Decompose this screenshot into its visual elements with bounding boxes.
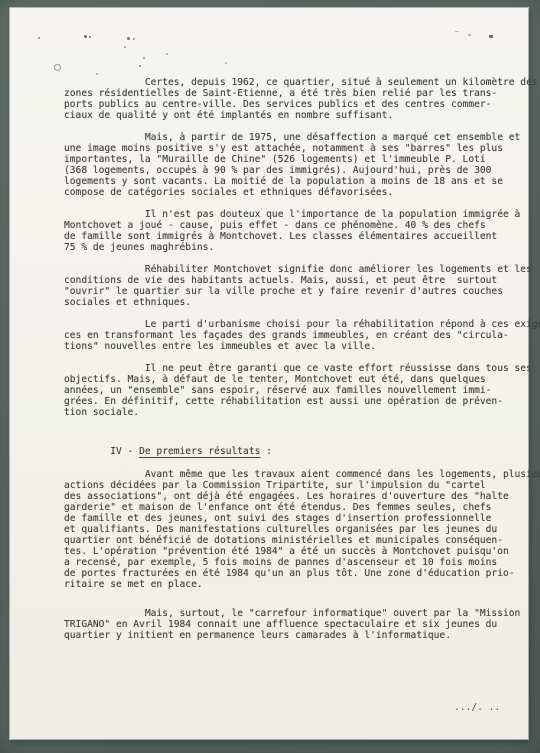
ink-smudge: [489, 35, 493, 38]
paragraph: Mais, surtout, le "carrefour informatiqu…: [64, 608, 518, 641]
ink-speckle: [225, 62, 227, 64]
ink-speckle: [127, 37, 130, 40]
ink-speckle: [166, 53, 168, 55]
document-body: Certes, depuis 1962, ce quartier, situé …: [64, 77, 518, 652]
ink-speckle: [54, 64, 61, 71]
ink-speckle: [124, 46, 126, 48]
paragraph: Le parti d'urbanisme choisi pour la réha…: [64, 319, 518, 352]
section-heading: IV - De premiers résultats :: [64, 446, 518, 457]
section-colon: :: [260, 446, 272, 457]
paragraph: Certes, depuis 1962, ce quartier, situé …: [64, 77, 518, 121]
ink-speckle: [84, 35, 87, 38]
ink-speckle: [38, 37, 40, 39]
ink-speckle: [89, 36, 91, 38]
ink-speckle: [133, 38, 135, 40]
document-page: Certes, depuis 1962, ce quartier, situé …: [10, 8, 528, 739]
scan-background: Certes, depuis 1962, ce quartier, situé …: [0, 0, 540, 753]
section-number: IV -: [64, 446, 139, 457]
paragraph: Il n'est pas douteux que l'importance de…: [64, 209, 518, 253]
ink-speckle: [139, 65, 141, 67]
paragraph: Réhabiliter Montchovet signifie donc amé…: [64, 264, 518, 308]
ink-speckle: [96, 73, 98, 75]
section-title: De premiers résultats: [139, 446, 260, 457]
paragraph: Avant même que les travaux aient commenc…: [64, 469, 518, 590]
continuation-mark: .../. ..: [454, 702, 500, 713]
paragraph: Il ne peut être garanti que ce vaste eff…: [64, 363, 518, 418]
ink-speckle: [455, 31, 459, 32]
paragraph: Mais, à partir de 1975, une désaffection…: [64, 132, 518, 198]
ink-speckle: [143, 57, 145, 59]
ink-speckle: [468, 34, 471, 36]
